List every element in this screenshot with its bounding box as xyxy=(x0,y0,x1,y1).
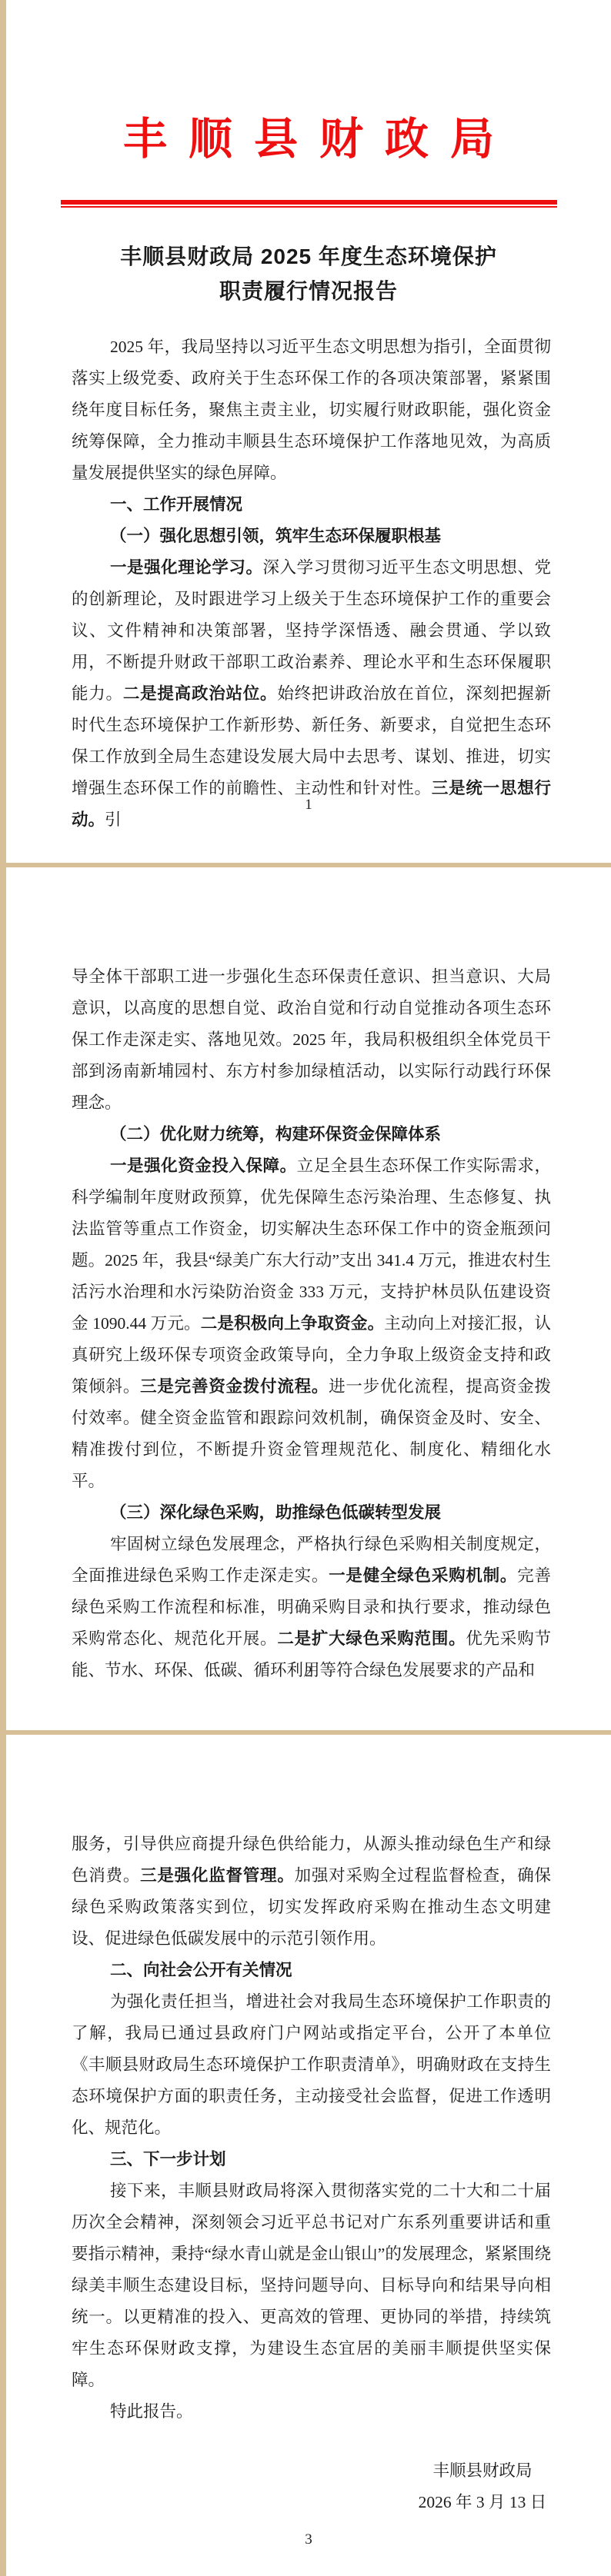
page-body: 服务，引导供应商提升绿色供给能力，从源头推动绿色生产和绿色消费。三是强化监督管理… xyxy=(6,1735,611,2518)
document-page-1: 丰顺县财政局 丰顺县财政局 2025 年度生态环境保护 职责履行情况报告 202… xyxy=(6,0,611,863)
body-paragraph: 导全体干部职工进一步强化生态环保责任意识、担当意识、大局意识，以高度的思想自觉、… xyxy=(72,961,551,1119)
letterhead-divider-thick-line xyxy=(61,200,557,205)
letterhead-agency-name: 丰顺县财政局 xyxy=(6,0,611,169)
page-number: 3 xyxy=(6,2528,611,2551)
page-body: 2025 年，我局坚持以习近平生态文明思想为指引，全面贯彻落实上级党委、政府关于… xyxy=(6,331,611,836)
section-heading: 三、下一步计划 xyxy=(72,2144,551,2175)
section-heading: 二、向社会公开有关情况 xyxy=(72,1955,551,1986)
signature-date: 2026 年 3 月 13 日 xyxy=(409,2487,556,2518)
document-page-2: 导全体干部职工进一步强化生态环保责任意识、担当意识、大局意识，以高度的思想自觉、… xyxy=(6,867,611,1730)
page-body: 导全体干部职工进一步强化生态环保责任意识、担当意识、大局意识，以高度的思想自觉、… xyxy=(6,867,611,1686)
letterhead-divider-thin-line xyxy=(61,206,557,208)
body-paragraph: 服务，引导供应商提升绿色供给能力，从源头推动绿色生产和绿色消费。三是强化监督管理… xyxy=(72,1829,551,1955)
document-title-line-1: 丰顺县财政局 2025 年度生态环境保护 xyxy=(6,239,611,274)
page-number: 2 xyxy=(6,1661,611,1684)
section-heading: （三）深化绿色采购，助推绿色低碳转型发展 xyxy=(72,1497,551,1529)
body-paragraph: 特此报告。 xyxy=(72,2396,551,2428)
body-paragraph: 为强化责任担当，增进社会对我局生态环境保护工作职责的了解，我局已通过县政府门户网… xyxy=(72,1986,551,2144)
section-heading: 一、工作开展情况 xyxy=(72,489,551,521)
signature-agency: 丰顺县财政局 xyxy=(409,2455,556,2487)
page-body-blocks: 服务，引导供应商提升绿色供给能力，从源头推动绿色生产和绿色消费。三是强化监督管理… xyxy=(72,1829,551,2428)
section-heading: （一）强化思想引领，筑牢生态环保履职根基 xyxy=(72,521,551,552)
document-title-line-2: 职责履行情况报告 xyxy=(6,274,611,308)
page-number: 1 xyxy=(6,794,611,817)
document-viewport[interactable]: 丰顺县财政局 丰顺县财政局 2025 年度生态环境保护 职责履行情况报告 202… xyxy=(0,0,611,2576)
document-title: 丰顺县财政局 2025 年度生态环境保护 职责履行情况报告 xyxy=(6,239,611,308)
signature-block: 丰顺县财政局 2026 年 3 月 13 日 xyxy=(409,2455,556,2518)
body-paragraph: 2025 年，我局坚持以习近平生态文明思想为指引，全面贯彻落实上级党委、政府关于… xyxy=(72,331,551,489)
body-paragraph: 一是强化资金投入保障。立足全县生态环保工作实际需求，科学编制年度财政预算，优先保… xyxy=(72,1150,551,1497)
body-paragraph: 接下来，丰顺县财政局将深入贯彻落实党的二十大和二十届历次全会精神，深刻领会习近平… xyxy=(72,2175,551,2396)
section-heading: （二）优化财力统筹，构建环保资金保障体系 xyxy=(72,1119,551,1150)
letterhead-divider xyxy=(61,200,557,208)
document-page-3: 服务，引导供应商提升绿色供给能力，从源头推动绿色生产和绿色消费。三是强化监督管理… xyxy=(6,1735,611,2576)
